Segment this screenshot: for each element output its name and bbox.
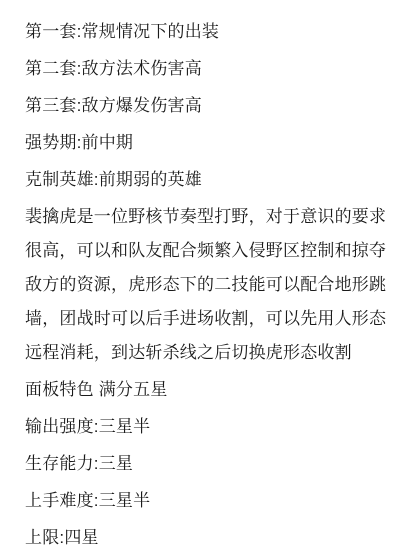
strong-period-line: 强势期:前中期 [25,126,384,160]
build-set-1-line: 第一套:常规情况下的出装 [25,15,384,49]
panel-ratings-title: 面板特色 满分五星 [25,373,384,407]
counter-heroes-line: 克制英雄:前期弱的英雄 [25,163,384,197]
survivability-line: 生存能力:三星 [25,447,384,481]
learning-difficulty-line: 上手难度:三星半 [25,484,384,518]
hero-description-line-5: 远程消耗，到达斩杀线之后切换虎形态收割 [25,336,384,370]
guide-article-body: 第一套:常规情况下的出装 第二套:敌方法术伤害高 第三套:敌方爆发伤害高 强势期… [0,0,400,559]
hero-description-line-2: 很高，可以和队友配合频繁入侵野区控制和掠夺 [25,234,384,268]
hero-description-line-4: 墙，团战时可以后手进场收割，可以先用人形态 [25,302,384,336]
ceiling-line: 上限:四星 [25,521,384,555]
hero-description-line-3: 敌方的资源，虎形态下的二技能可以配合地形跳 [25,268,384,302]
build-set-3-line: 第三套:敌方爆发伤害高 [25,89,384,123]
hero-description-line-1: 裴擒虎是一位野核节奏型打野，对于意识的要求 [25,200,384,234]
output-strength-line: 输出强度:三星半 [25,410,384,444]
build-set-2-line: 第二套:敌方法术伤害高 [25,52,384,86]
hero-description-paragraph: 裴擒虎是一位野核节奏型打野，对于意识的要求 很高，可以和队友配合频繁入侵野区控制… [25,200,384,370]
